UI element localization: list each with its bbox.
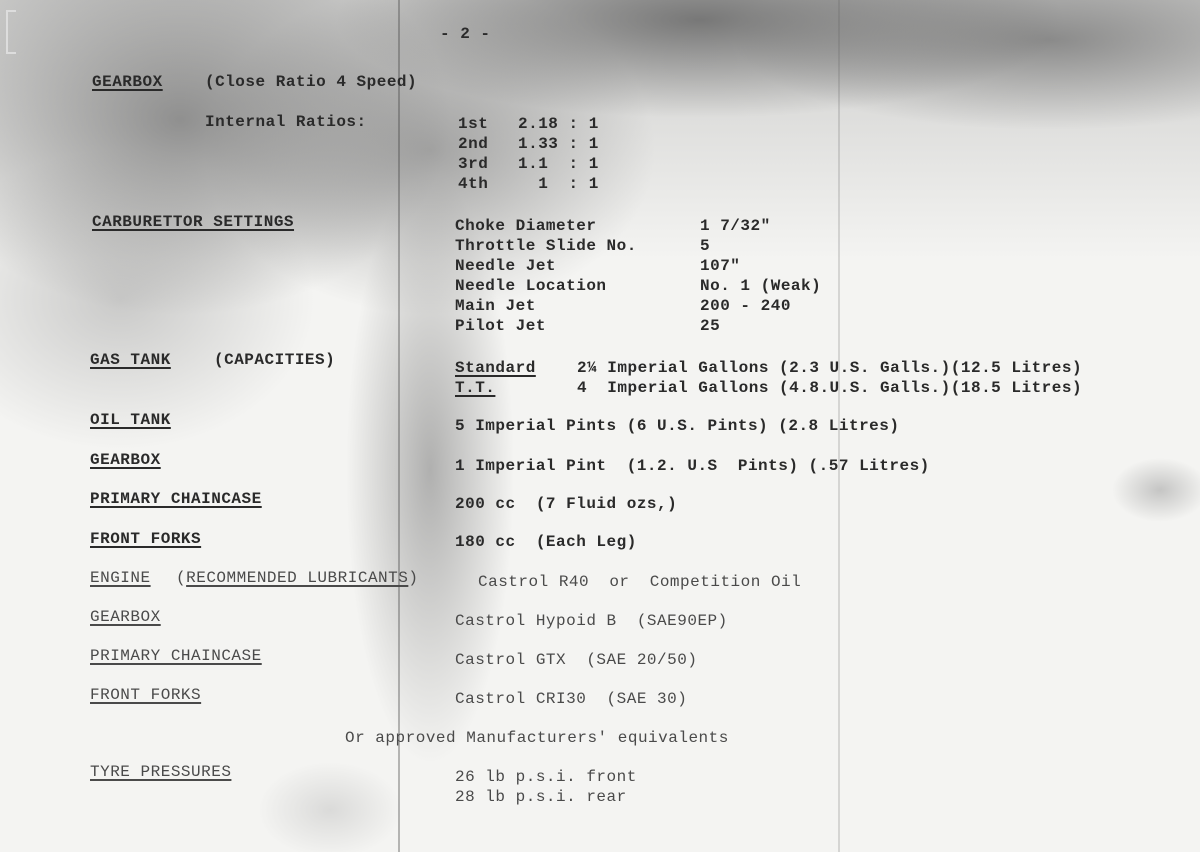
ratio-value: 1.33 : 1 <box>518 134 599 154</box>
carb-setting-value: 200 - 240 <box>700 296 791 316</box>
tank-type: Standard <box>455 358 536 378</box>
gearbox-lube-heading: GEARBOX <box>90 607 161 627</box>
carburettor-heading: CARBURETTOR SETTINGS <box>92 212 294 232</box>
gearbox-heading: GEARBOX <box>92 72 163 92</box>
ratio-value: 1.1 : 1 <box>518 154 599 174</box>
chaincase-lube-heading: PRIMARY CHAINCASE <box>90 646 262 666</box>
gearbox-capacity-heading: GEARBOX <box>90 450 161 470</box>
forks-capacity: 180 cc (Each Leg) <box>455 532 637 552</box>
ratio-gear: 4th <box>458 174 488 194</box>
chaincase-capacity-heading: PRIMARY CHAINCASE <box>90 489 262 509</box>
equivalents-note: Or approved Manufacturers' equivalents <box>345 728 729 748</box>
tyre-rear-pressure: 28 lb p.s.i. rear <box>455 787 627 807</box>
carb-setting-name: Needle Jet <box>455 256 556 276</box>
ratio-value: 2.18 : 1 <box>518 114 599 134</box>
engine-lubricant: Castrol R40 or Competition Oil <box>478 572 801 592</box>
ratio-gear: 2nd <box>458 134 488 154</box>
ratio-value: 1 : 1 <box>518 174 599 194</box>
tank-type: T.T. <box>455 378 495 398</box>
engine-heading: ENGINE <box>90 568 151 588</box>
ratio-gear: 3rd <box>458 154 488 174</box>
carb-setting-name: Needle Location <box>455 276 607 296</box>
forks-lubricant: Castrol CRI30 (SAE 30) <box>455 689 687 709</box>
carb-setting-name: Pilot Jet <box>455 316 546 336</box>
chaincase-lubricant: Castrol GTX (SAE 20/50) <box>455 650 697 670</box>
internal-ratios-label: Internal Ratios: <box>205 112 367 132</box>
tyre-pressures-heading: TYRE PRESSURES <box>90 762 231 782</box>
carb-setting-name: Throttle Slide No. <box>455 236 637 256</box>
oil-tank-capacity: 5 Imperial Pints (6 U.S. Pints) (2.8 Lit… <box>455 416 899 436</box>
gas-tank-heading: GAS TANK <box>90 350 171 370</box>
lubricants-subtitle-text: RECOMMENDED LUBRICANTS <box>186 569 408 587</box>
tank-capacity: 4 Imperial Gallons (4.8.U.S. Galls.)(18.… <box>577 378 1082 398</box>
forks-lube-heading: FRONT FORKS <box>90 685 201 705</box>
chaincase-capacity: 200 cc (7 Fluid ozs,) <box>455 494 677 514</box>
carb-setting-name: Choke Diameter <box>455 216 596 236</box>
ratio-gear: 1st <box>458 114 488 134</box>
tank-capacity: 2¼ Imperial Gallons (2.3 U.S. Galls.)(12… <box>577 358 1082 378</box>
carb-setting-value: No. 1 (Weak) <box>700 276 821 296</box>
tyre-front-pressure: 26 lb p.s.i. front <box>455 767 637 787</box>
carb-setting-value: 107" <box>700 256 740 276</box>
gearbox-capacity: 1 Imperial Pint (1.2. U.S Pints) (.57 Li… <box>455 456 930 476</box>
oil-tank-heading: OIL TANK <box>90 410 171 430</box>
lubricants-subtitle: (RECOMMENDED LUBRICANTS) <box>176 568 418 588</box>
carb-setting-name: Main Jet <box>455 296 536 316</box>
gearbox-lubricant: Castrol Hypoid B (SAE90EP) <box>455 611 728 631</box>
forks-capacity-heading: FRONT FORKS <box>90 529 201 549</box>
capacities-subtitle: (CAPACITIES) <box>214 350 335 370</box>
carb-setting-value: 25 <box>700 316 720 336</box>
gearbox-subtitle: (Close Ratio 4 Speed) <box>205 72 417 92</box>
page-number: - 2 - <box>440 24 491 44</box>
spec-sheet: - 2 - GEARBOX (Close Ratio 4 Speed) Inte… <box>0 0 1200 852</box>
carb-setting-value: 1 7/32" <box>700 216 771 236</box>
carb-setting-value: 5 <box>700 236 710 256</box>
